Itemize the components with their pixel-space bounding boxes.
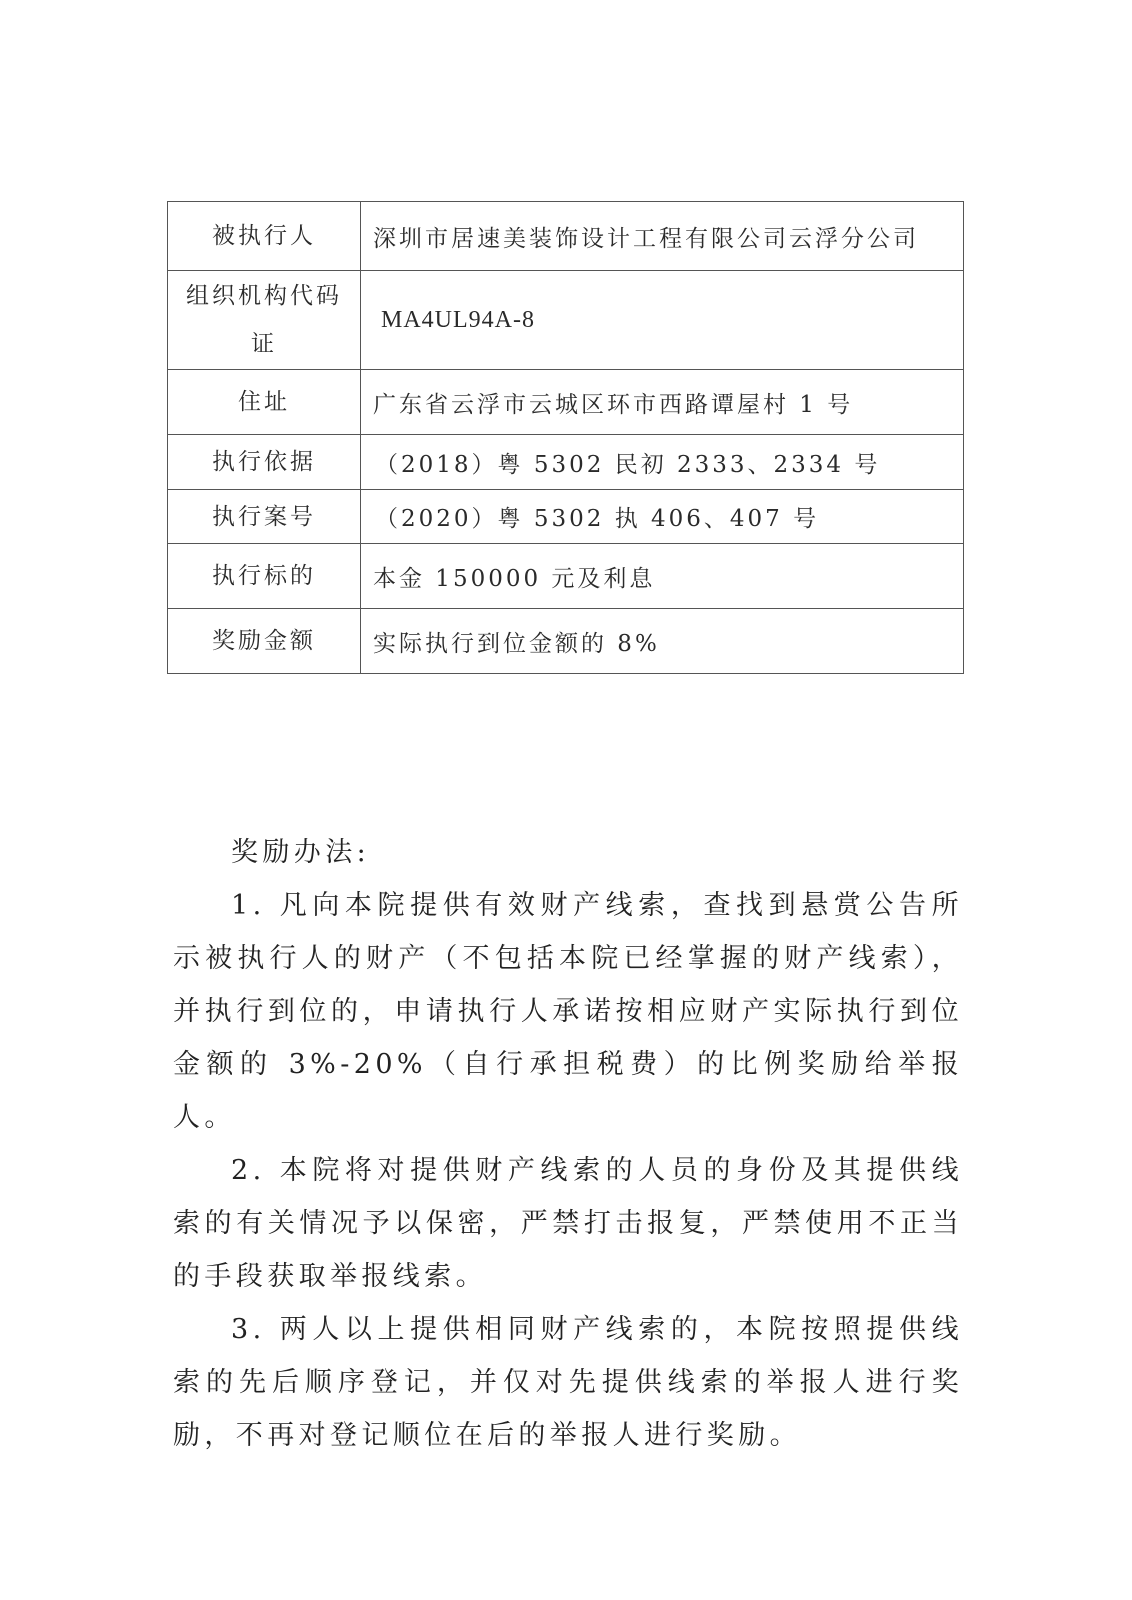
row-label: 执行依据 [168,435,361,490]
table-row-debtor: 被执行人 深圳市居速美装饰设计工程有限公司云浮分公司 [168,202,964,271]
row-label: 执行标的 [168,544,361,609]
row-value: 广东省云浮市云城区环市西路谭屋村 1 号 [361,370,964,435]
row-value: （2018）粤 5302 民初 2333、2334 号 [361,435,964,490]
reward-method-heading: 奖励办法: [173,826,963,879]
row-label: 执行案号 [168,490,361,544]
row-label: 住址 [168,370,361,435]
table-row-org-code: 组织机构代码证 MA4UL94A-8 [168,271,964,370]
row-value: 本金 150000 元及利息 [361,544,964,609]
reward-method-item-2: 2. 本院将对提供财产线索的人员的身份及其提供线索的有关情况予以保密，严禁打击报… [173,1144,963,1303]
reward-method-item-3: 3. 两人以上提供相同财产线索的，本院按照提供线索的先后顺序登记，并仅对先提供线… [173,1303,963,1462]
row-label: 奖励金额 [168,609,361,674]
table-row-address: 住址 广东省云浮市云城区环市西路谭屋村 1 号 [168,370,964,435]
row-label: 被执行人 [168,202,361,271]
judgment-debtor-info-table: 被执行人 深圳市居速美装饰设计工程有限公司云浮分公司 组织机构代码证 MA4UL… [167,201,964,674]
row-value: 实际执行到位金额的 8% [361,609,964,674]
table-row-subject: 执行标的 本金 150000 元及利息 [168,544,964,609]
row-value: MA4UL94A-8 [361,271,964,370]
table-row-case-number: 执行案号 （2020）粤 5302 执 406、407 号 [168,490,964,544]
row-label: 组织机构代码证 [168,271,361,370]
row-value: （2020）粤 5302 执 406、407 号 [361,490,964,544]
reward-method-section: 奖励办法: 1. 凡向本院提供有效财产线索，查找到悬赏公告所示被执行人的财产（不… [173,826,963,1462]
table-row-reward: 奖励金额 实际执行到位金额的 8% [168,609,964,674]
row-value: 深圳市居速美装饰设计工程有限公司云浮分公司 [361,202,964,271]
reward-method-item-1: 1. 凡向本院提供有效财产线索，查找到悬赏公告所示被执行人的财产（不包括本院已经… [173,879,963,1144]
table-row-basis: 执行依据 （2018）粤 5302 民初 2333、2334 号 [168,435,964,490]
